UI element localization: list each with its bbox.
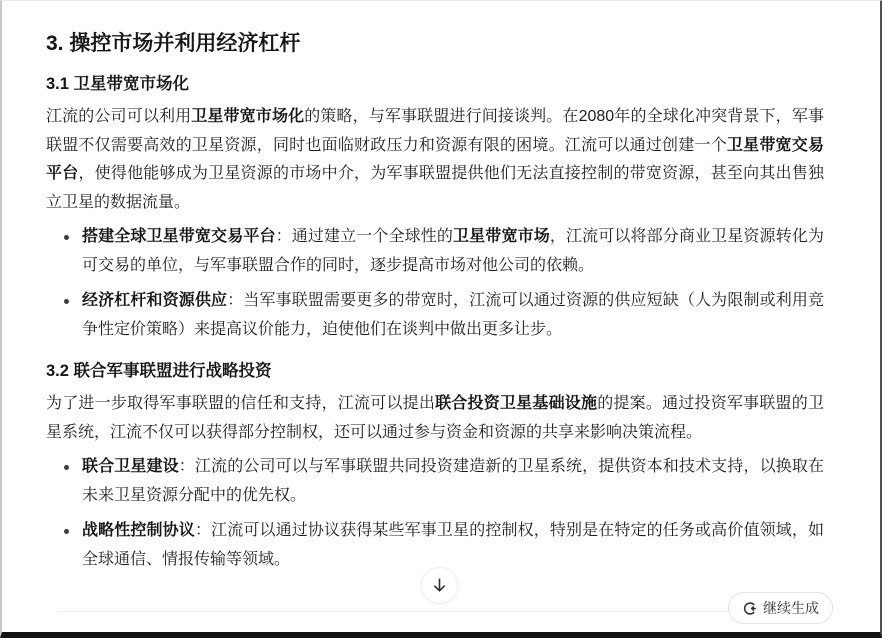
list-item: 搭建全球卫星带宽交易平台：通过建立一个全球性的卫星带宽市场，江流可以将部分商业卫…	[82, 223, 824, 280]
bullet-list: 联合卫星建设：江流的公司可以与军事联盟共同投资建造新的卫星系统，提供资本和技术支…	[46, 453, 824, 574]
list-item: 战略性控制协议：江流可以通过协议获得某些军事卫星的控制权，特别是在特定的任务或高…	[82, 517, 824, 574]
scroll-to-bottom-button[interactable]	[421, 567, 458, 604]
bullet-list: 搭建全球卫星带宽交易平台：通过建立一个全球性的卫星带宽市场，江流可以将部分商业卫…	[46, 223, 824, 344]
page-title: 3. 操控市场并利用经济杠杆	[46, 31, 824, 57]
section-heading: 3.2 联合军事联盟进行战略投资	[46, 360, 824, 382]
list-item: 经济杠杆和资源供应：当军事联盟需要更多的带宽时，江流可以通过资源的供应短缺（人为…	[82, 287, 824, 344]
continue-generating-button[interactable]: 继续生成	[728, 592, 833, 624]
document-content: 3. 操控市场并利用经济杠杆 3.1 卫星带宽市场化 江流的公司可以利用卫星带宽…	[2, 31, 880, 574]
down-arrow-icon	[431, 577, 448, 594]
section-strategic-investment: 3.2 联合军事联盟进行战略投资 为了进一步取得军事联盟的信任和支持，江流可以提…	[46, 360, 824, 574]
section-satellite-bandwidth-marketization: 3.1 卫星带宽市场化 江流的公司可以利用卫星带宽市场化的策略，与军事联盟进行间…	[46, 73, 824, 344]
continue-generating-label: 继续生成	[763, 598, 819, 618]
bottom-divider	[57, 611, 728, 612]
section-heading: 3.1 卫星带宽市场化	[46, 73, 824, 95]
section-paragraph: 江流的公司可以利用卫星带宽市场化的策略，与军事联盟进行间接谈判。在2080年的全…	[46, 103, 824, 217]
regenerate-icon	[742, 601, 757, 616]
section-paragraph: 为了进一步取得军事联盟的信任和支持，江流可以提出联合投资卫星基础设施的提案。通过…	[46, 390, 824, 447]
chat-document-page: 3. 操控市场并利用经济杠杆 3.1 卫星带宽市场化 江流的公司可以利用卫星带宽…	[0, 0, 882, 638]
list-item: 联合卫星建设：江流的公司可以与军事联盟共同投资建造新的卫星系统，提供资本和技术支…	[82, 453, 824, 510]
